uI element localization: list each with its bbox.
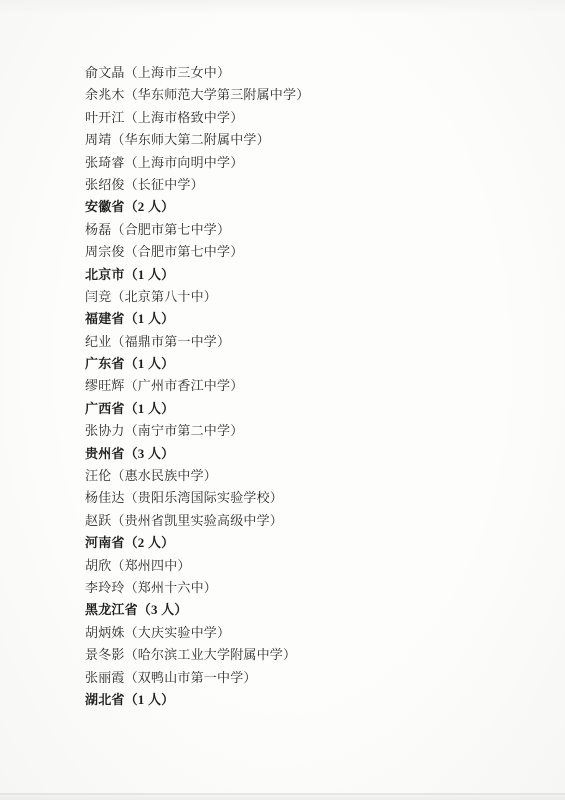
student-entry: 俞文晶（上海市三女中） <box>85 62 535 84</box>
student-entry: 杨佳达（贵阳乐湾国际实验学校） <box>85 487 535 509</box>
province-header: 福建省（1 人） <box>85 308 535 330</box>
province-header: 安徽省（2 人） <box>85 196 535 218</box>
student-entry: 汪伦（惠水民族中学） <box>85 465 535 487</box>
scanned-document-page: 俞文晶（上海市三女中）余兆木（华东师范大学第三附属中学）叶开江（上海市格致中学）… <box>0 0 565 800</box>
document-lines: 俞文晶（上海市三女中）余兆木（华东师范大学第三附属中学）叶开江（上海市格致中学）… <box>85 62 535 711</box>
student-entry: 缪旺辉（广州市香江中学） <box>85 375 535 397</box>
student-entry: 周宗俊（合肥市第七中学） <box>85 241 535 263</box>
province-header: 贵州省（3 人） <box>85 443 535 465</box>
student-entry: 周靖（华东师大第二附属中学） <box>85 129 535 151</box>
student-entry: 纪业（福鼎市第一中学） <box>85 331 535 353</box>
student-entry: 张协力（南宁市第二中学） <box>85 420 535 442</box>
student-entry: 胡欣（郑州四中） <box>85 555 535 577</box>
page-bottom-edge <box>0 793 565 795</box>
student-entry: 胡炳姝（大庆实验中学） <box>85 622 535 644</box>
province-header: 广西省（1 人） <box>85 398 535 420</box>
province-header: 湖北省（1 人） <box>85 689 535 711</box>
student-entry: 张琦睿（上海市向明中学） <box>85 152 535 174</box>
student-entry: 叶开江（上海市格致中学） <box>85 107 535 129</box>
province-header: 河南省（2 人） <box>85 532 535 554</box>
student-entry: 余兆木（华东师范大学第三附属中学） <box>85 84 535 106</box>
student-entry: 张丽霞（双鸭山市第一中学） <box>85 667 535 689</box>
province-header: 黑龙江省（3 人） <box>85 599 535 621</box>
student-entry: 闫竞（北京第八十中） <box>85 286 535 308</box>
student-entry: 赵跃（贵州省凯里实验高级中学） <box>85 510 535 532</box>
student-entry: 杨磊（合肥市第七中学） <box>85 219 535 241</box>
student-entry: 张绍俊（长征中学） <box>85 174 535 196</box>
province-header: 广东省（1 人） <box>85 353 535 375</box>
student-entry: 景冬影（哈尔滨工业大学附属中学） <box>85 644 535 666</box>
province-header: 北京市（1 人） <box>85 264 535 286</box>
student-entry: 李玲玲（郑州十六中） <box>85 577 535 599</box>
